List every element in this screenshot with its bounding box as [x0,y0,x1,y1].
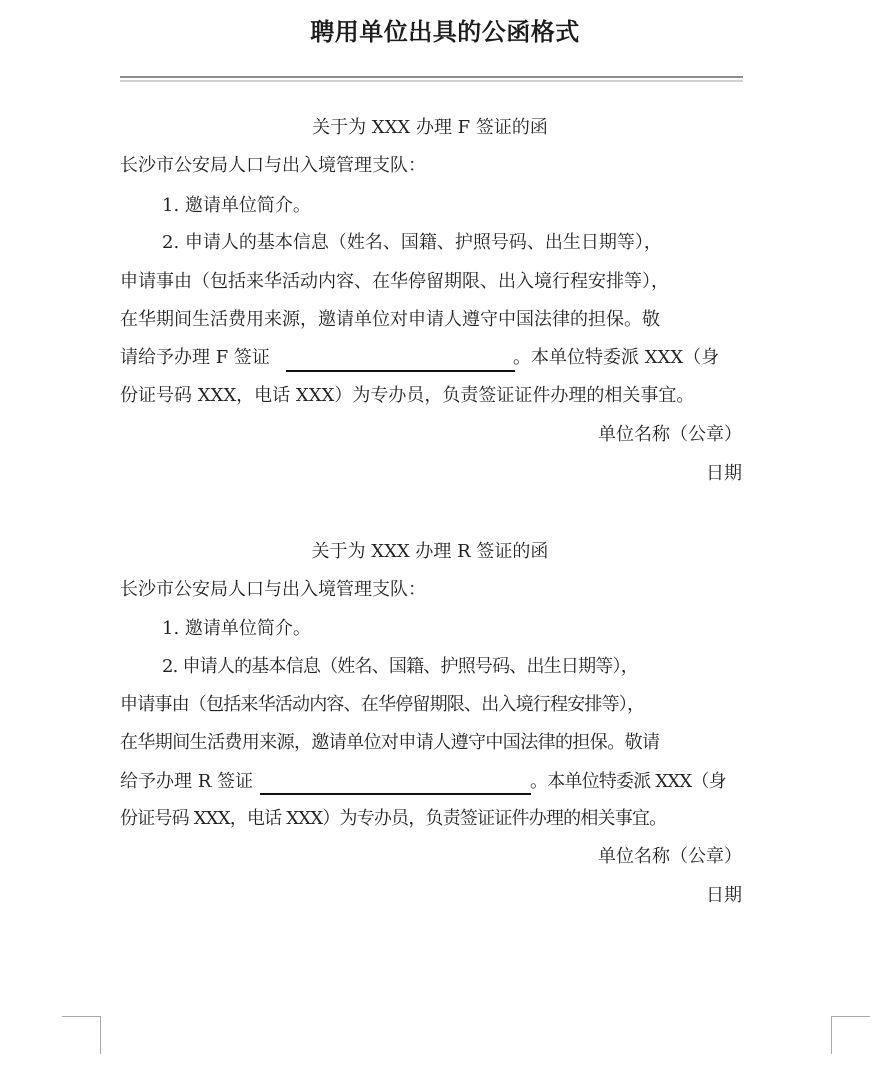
letter-addressee: 长沙市公安局人口与出入境管理支队： [120,155,426,177]
letter-body-line-after-blank: 。本单位特委派 XXX（身 [530,771,726,793]
letter-body-line: 份证号码 XXX，电话 XXX）为专办员，负责签证证件办理的相关事宜。 [120,808,666,830]
letter-body-line-before-blank: 请给予办理 F 签证 [120,347,270,369]
page-corner-mark-left [62,1016,101,1054]
page-title: 聘用单位出具的公函格式 [0,12,890,47]
letter-item-1: 1. 邀请单位简介。 [162,195,311,217]
letter-body-line: 申请事由（包括来华活动内容、在华停留期限、出入境行程安排等）， [120,694,644,716]
fill-in-blank [286,370,515,372]
letter-item-1: 1. 邀请单位简介。 [162,618,311,640]
letter-body-line: 在华期间生活费用来源，邀请单位对申请人遵守中国法律的担保。敬请 [120,732,659,754]
letter-body-line: 申请事由（包括来华活动内容、在华停留期限、出入境行程安排等）， [120,271,669,293]
letter-body-line-after-blank: 。本单位特委派 XXX（身 [513,347,719,369]
letter-body-line-before-blank: 给予办理 R 签证 [120,771,253,793]
letter-item-2: 2. 申请人的基本信息（姓名、国籍、护照号码、出生日期等）， [162,656,638,678]
letter-date: 日期 [706,885,742,907]
title-rule-dark [120,76,743,78]
title-rule-light [120,80,743,82]
fill-in-blank [260,793,531,795]
letter-body-line: 份证号码 XXX，电话 XXX）为专办员，负责签证证件办理的相关事宜。 [120,385,694,407]
letter-date: 日期 [706,463,742,485]
page-corner-mark-right [831,1016,870,1054]
letter-heading: 关于为 XXX 办理 R 签证的函 [0,541,860,563]
letter-item-2: 2. 申请人的基本信息（姓名、国籍、护照号码、出生日期等）， [162,232,662,254]
letter-addressee: 长沙市公安局人口与出入境管理支队： [120,579,426,601]
letter-heading: 关于为 XXX 办理 F 签证的函 [0,117,860,139]
letter-seal: 单位名称（公章） [598,846,742,868]
letter-seal: 单位名称（公章） [598,424,742,446]
letter-body-line: 在华期间生活费用来源，邀请单位对申请人遵守中国法律的担保。敬 [120,309,660,331]
